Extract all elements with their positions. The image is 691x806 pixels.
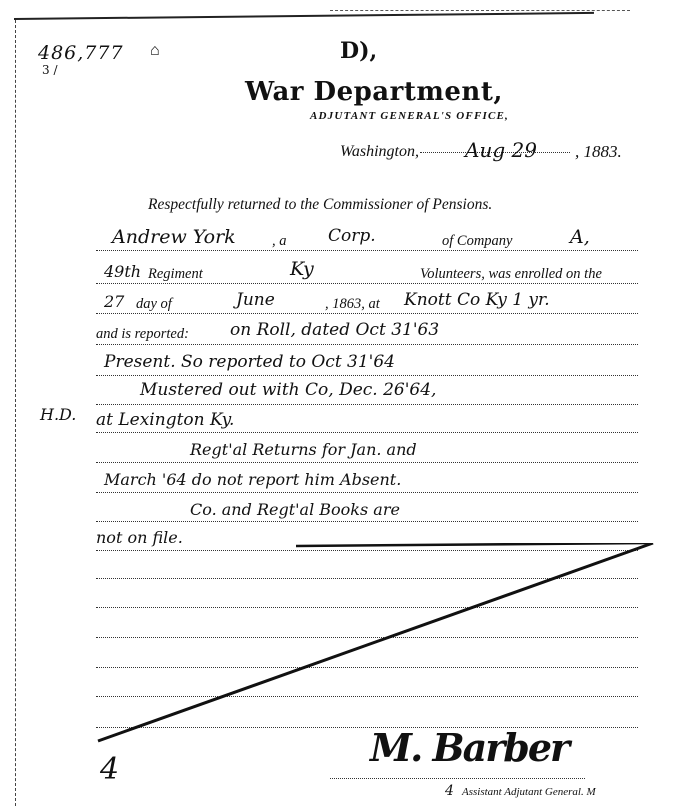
date-year: , 1883.: [575, 142, 622, 162]
location-note: at Lexington Ky.: [96, 410, 234, 430]
printed-regiment: Regiment: [148, 266, 203, 283]
signature-title: Assistant Adjutant General. M: [462, 786, 596, 798]
march-note: March '64 do not report him Absent.: [104, 470, 401, 489]
form-line-4: [96, 344, 638, 345]
office-title: ADJUTANT GENERAL'S OFFICE,: [310, 110, 509, 122]
signature-line: [330, 778, 585, 779]
cancellation-stroke: [96, 543, 656, 743]
books-note: Co. and Regt'al Books are: [190, 500, 400, 519]
margin-note: H.D.: [40, 405, 76, 424]
corner-mark: 4: [100, 752, 119, 787]
returned-to-line: Respectfully returned to the Commissione…: [148, 196, 492, 214]
form-line-6: [96, 404, 638, 405]
form-line-7: [96, 432, 638, 433]
top-border: [14, 12, 594, 20]
reported-status: on Roll, dated Oct 31'63: [230, 320, 439, 340]
form-line-10: [96, 521, 638, 522]
form-line-8: [96, 462, 638, 463]
form-line-9: [96, 492, 638, 493]
printed-a: , a: [272, 233, 287, 250]
date-handwritten: Aug 29: [465, 138, 537, 162]
printed-day-of: day of: [136, 296, 172, 313]
printed-of-company: of Company: [442, 233, 512, 250]
present-note: Present. So reported to Oct 31'64: [104, 352, 395, 372]
header-seal: D),: [340, 38, 377, 64]
form-line-5: [96, 375, 638, 376]
mustered-out-note: Mustered out with Co, Dec. 26'64,: [140, 380, 436, 400]
printed-volunteers: Volunteers, was enrolled on the: [420, 266, 602, 283]
stamp-mark-icon: ⌂: [150, 42, 160, 60]
signature-prefix: 4: [445, 783, 454, 799]
left-border: [15, 20, 16, 806]
file-number-sub: 3 /: [42, 63, 58, 77]
soldier-name: Andrew York: [112, 226, 236, 248]
form-line-3: [96, 313, 638, 314]
enroll-month: June: [236, 290, 275, 310]
document-page: 486,777 3 / ⌂ D), War Department, ADJUTA…: [0, 0, 691, 806]
state: Ky: [290, 258, 314, 280]
department-title: War Department,: [245, 77, 503, 107]
rank: Corp.: [328, 226, 376, 246]
company-letter: A,: [570, 226, 590, 248]
form-line-2: [96, 283, 638, 284]
top-border-dashed: [330, 10, 630, 12]
returns-note: Regt'al Returns for Jan. and: [190, 440, 417, 459]
form-line-1: [96, 250, 638, 251]
printed-reported: and is reported:: [96, 326, 189, 343]
file-number: 486,777: [38, 42, 124, 64]
enroll-place: Knott Co Ky 1 yr.: [404, 290, 550, 310]
signature: M. Barber: [370, 725, 568, 770]
regiment-number: 49th: [104, 262, 141, 281]
place-label: Washington,: [340, 143, 419, 161]
enroll-day: 27: [104, 292, 124, 311]
printed-year-at: , 1863, at: [325, 296, 380, 313]
